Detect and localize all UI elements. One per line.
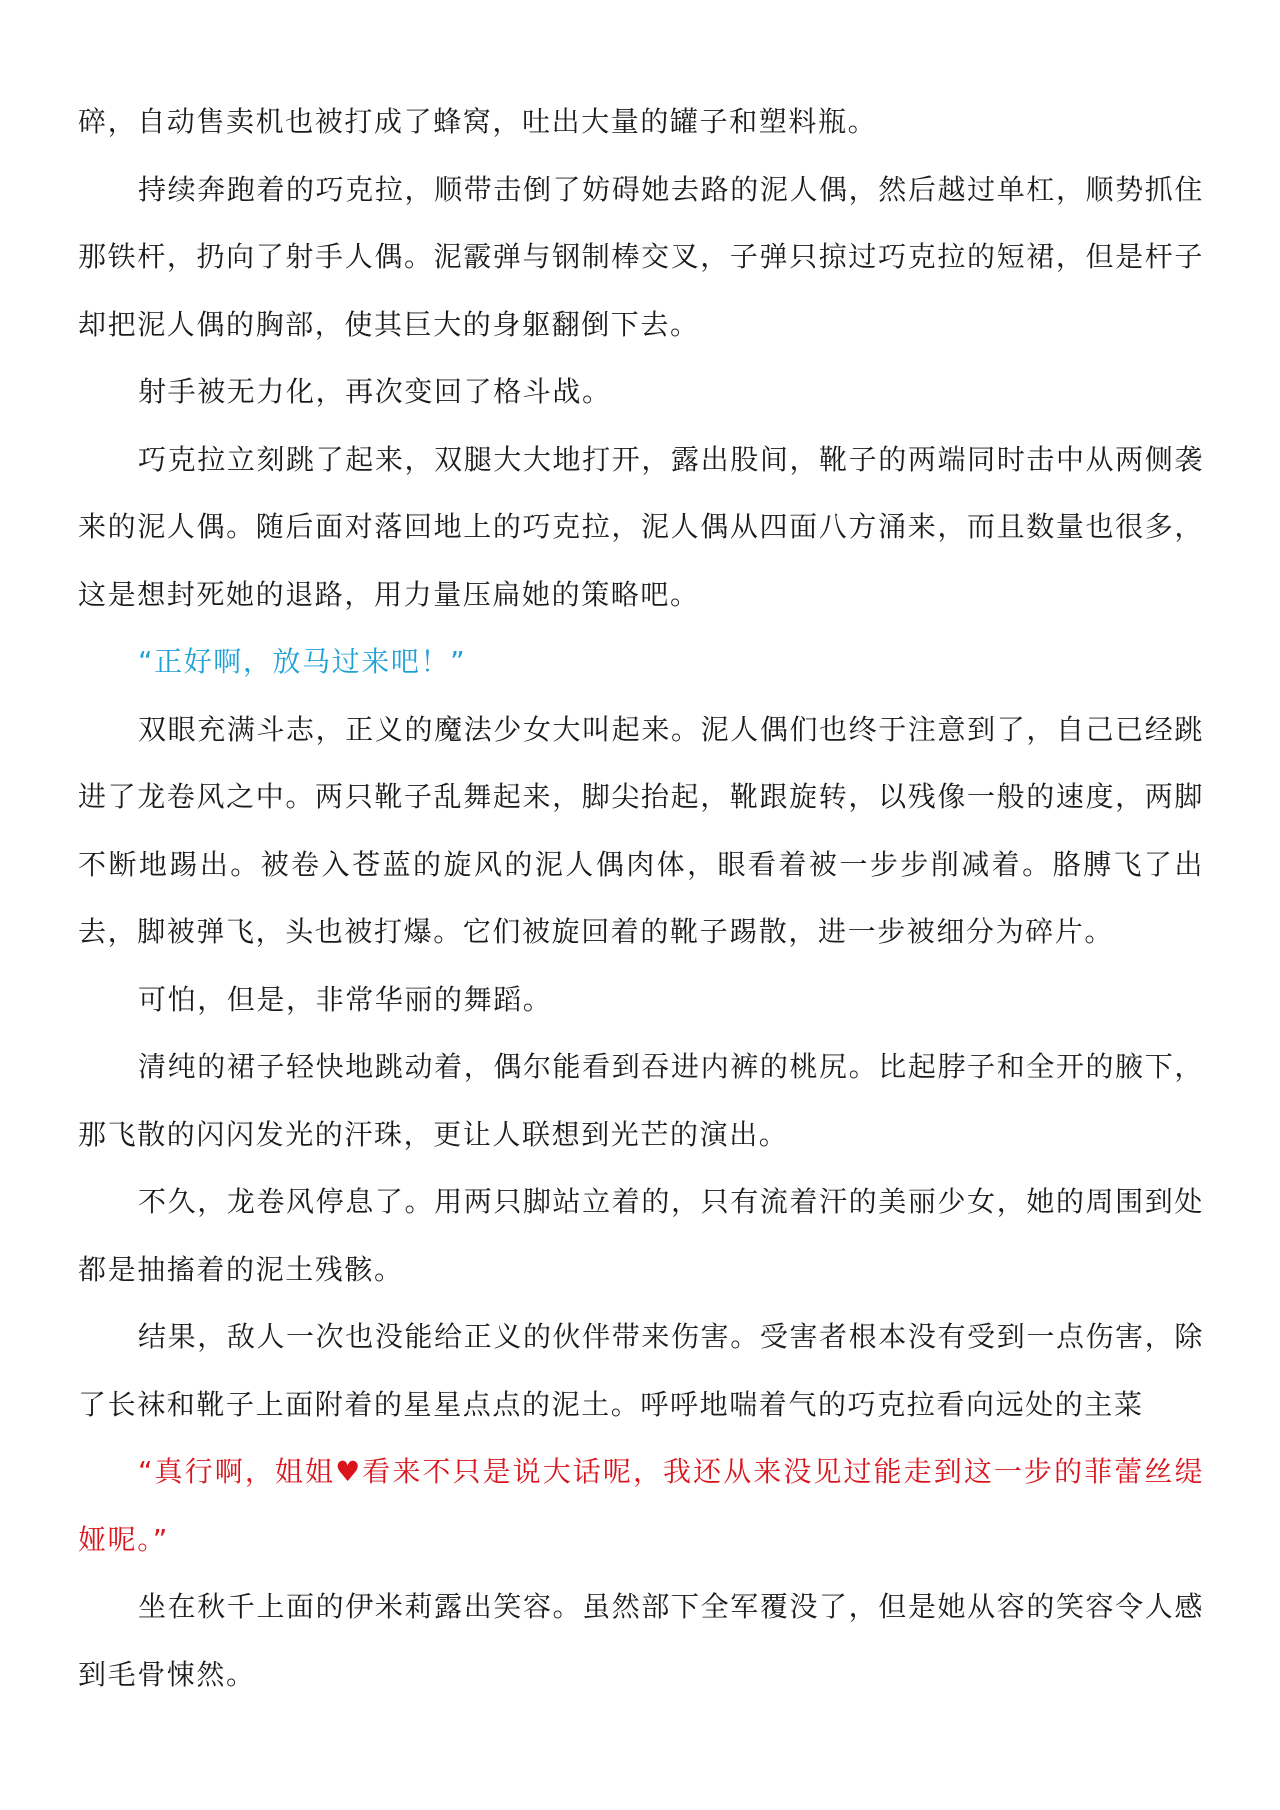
paragraph-narration: 持续奔跑着的巧克拉，顺带击倒了妨碍她去路的泥人偶，然后越过单杠，顺势抓住那铁杆，… [78,156,1204,359]
document-page: 碎，自动售卖机也被打成了蜂窝，吐出大量的罐子和塑料瓶。 持续奔跑着的巧克拉，顺带… [78,88,1204,1708]
paragraph-narration: 结果，敌人一次也没能给正义的伙伴带来伤害。受害者根本没有受到一点伤害，除了长袜和… [78,1303,1204,1438]
paragraph-narration: 射手被无力化，再次变回了格斗战。 [78,358,1204,426]
paragraph-narration: 清纯的裙子轻快地跳动着，偶尔能看到吞进内裤的桃尻。比起脖子和全开的腋下，那飞散的… [78,1033,1204,1168]
dialogue-line-cyan: “正好啊，放马过来吧！” [78,628,1204,696]
paragraph-narration: 巧克拉立刻跳了起来，双腿大大地打开，露出股间，靴子的两端同时击中从两侧袭来的泥人… [78,426,1204,629]
paragraph-continuation: 碎，自动售卖机也被打成了蜂窝，吐出大量的罐子和塑料瓶。 [78,88,1204,156]
paragraph-narration: 可怕，但是，非常华丽的舞蹈。 [78,966,1204,1034]
paragraph-narration: 坐在秋千上面的伊米莉露出笑容。虽然部下全军覆没了，但是她从容的笑容令人感到毛骨悚… [78,1573,1204,1708]
paragraph-narration: 双眼充满斗志，正义的魔法少女大叫起来。泥人偶们也终于注意到了，自己已经跳进了龙卷… [78,696,1204,966]
paragraph-narration: 不久，龙卷风停息了。用两只脚站立着的，只有流着汗的美丽少女，她的周围到处都是抽搐… [78,1168,1204,1303]
dialogue-line-red: “真行啊，姐姐♥看来不只是说大话呢，我还从来没见过能走到这一步的菲蕾丝缇娅呢。” [78,1438,1204,1573]
